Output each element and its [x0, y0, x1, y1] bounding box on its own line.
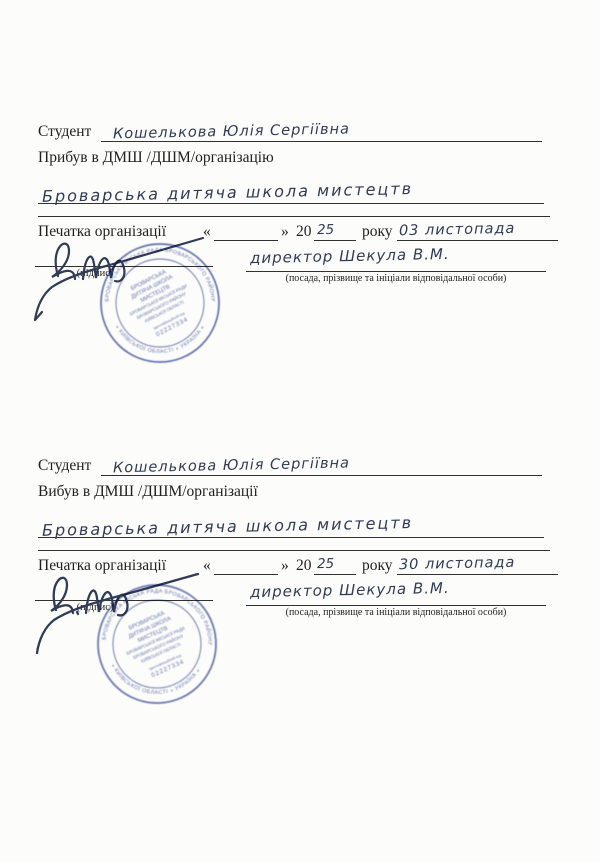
organization-line: Броварська дитяча школа мистецтв — [38, 511, 544, 538]
student-label: Студент — [38, 457, 91, 476]
movement-label: Прибув в ДМШ /ДШМ/організацію — [38, 149, 274, 166]
scanned-document-page: Студент Кошелькова Юлія Сергіївна Прибув… — [0, 0, 600, 862]
student-name-line: Кошелькова Юлія Сергіївна — [101, 120, 542, 142]
year-word: року — [362, 557, 393, 575]
date-handwritten: 30 листопада — [397, 556, 516, 576]
year-line: 25 — [314, 555, 356, 575]
movement-row: Вибув в ДМШ /ДШМ/організації — [38, 483, 258, 501]
departure-section: Студент Кошелькова Юлія Сергіївна Вибув … — [0, 334, 600, 764]
stamp-center-text: БРОВАРСЬКА ДИТЯЧА ШКОЛА МИСТЕЦТВ БРОВАРС… — [117, 606, 199, 685]
year-handwritten: 25 — [314, 557, 334, 572]
student-row: Студент Кошелькова Юлія Сергіївна — [38, 120, 542, 142]
date-line: 30 листопада — [397, 551, 558, 575]
year-word: року — [362, 223, 393, 241]
organization-handwritten: Броварська дитяча школа мистецтв — [38, 515, 413, 541]
year-prefix: 20 — [296, 223, 312, 241]
movement-label: Вибув в ДМШ /ДШМ/організації — [38, 483, 258, 500]
official-caption: (посада, прізвище та ініціали відповідал… — [246, 607, 546, 618]
organization-line: Броварська дитяча школа мистецтв — [38, 177, 544, 204]
year-handwritten: 25 — [314, 223, 334, 238]
student-name-handwritten: Кошелькова Юлія Сергіївна — [101, 456, 350, 477]
organization-handwritten: Броварська дитяча школа мистецтв — [38, 181, 413, 207]
student-label: Студент — [38, 123, 91, 142]
organization-round-stamp: БРОВАРСЬКА МІСЬКА РАДА БРОВАРСЬКОГО РАЙО… — [92, 579, 222, 709]
stamp-center-text: БРОВАРСЬКА ДИТЯЧА ШКОЛА МИСТЕЦТВ БРОВАРС… — [119, 264, 202, 345]
date-handwritten: 03 листопада — [397, 222, 516, 242]
movement-row: Прибув в ДМШ /ДШМ/організацію — [38, 149, 274, 167]
student-name-handwritten: Кошелькова Юлія Сергіївна — [101, 122, 350, 143]
year-line: 25 — [314, 221, 356, 241]
student-row: Студент Кошелькова Юлія Сергіївна — [38, 454, 542, 476]
official-line — [246, 589, 546, 606]
student-name-line: Кошелькова Юлія Сергіївна — [101, 454, 542, 476]
quote-close: » — [281, 223, 289, 241]
year-prefix: 20 — [296, 557, 312, 575]
official-caption: (посада, прізвище та ініціали відповідал… — [246, 273, 546, 284]
organization-round-stamp: БРОВАРСЬКА МІСЬКА РАДА БРОВАРСЬКОГО РАЙО… — [98, 241, 222, 365]
date-line: 03 листопада — [397, 217, 558, 241]
quote-close: » — [281, 557, 289, 575]
official-line — [246, 255, 546, 272]
